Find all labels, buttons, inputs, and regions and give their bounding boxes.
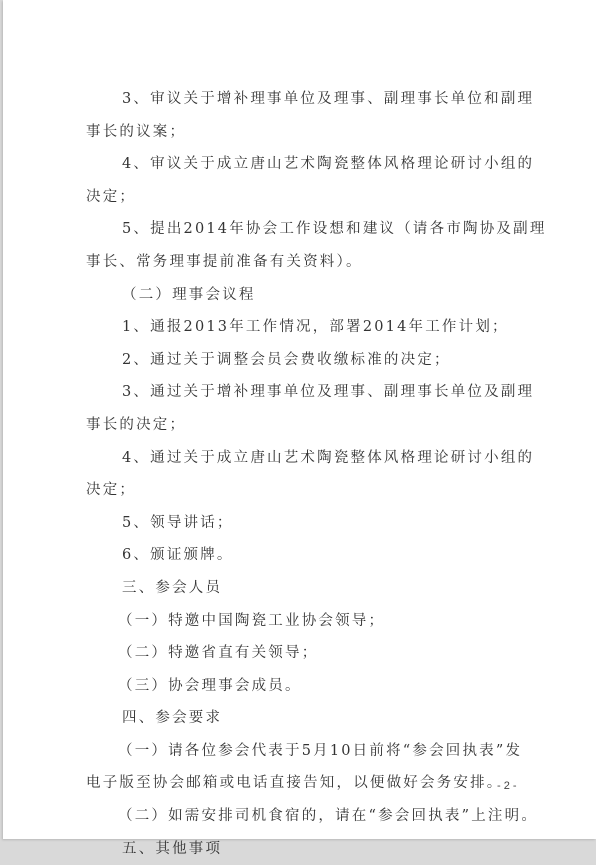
agenda-item-4-review: 4、审议关于成立唐山艺术陶瓷整体风格理论研讨小组的 — [86, 148, 518, 181]
attendees-item-1: （一）特邀中国陶瓷工业协会领导； — [86, 605, 518, 638]
document-page: 3、审议关于增补理事单位及理事、副理事长单位和副理 事长的议案； 4、审议关于成… — [3, 0, 596, 839]
section-council-agenda-heading: （二）理事会议程 — [86, 279, 518, 312]
section-other-heading: 五、其他事项 — [86, 833, 518, 843]
agenda-item-5-proposal-cont: 事长、常务理事提前准备有关资料）。 — [86, 246, 518, 279]
requirements-item-2: （二）如需安排司机食宿的，请在“参会回执表”上注明。 — [86, 800, 518, 833]
agenda-item-3-review-cont: 事长的议案； — [86, 116, 518, 149]
requirements-item-1: （一）请各位参会代表于5月10日前将“参会回执表”发 — [86, 735, 518, 768]
document-body: 3、审议关于增补理事单位及理事、副理事长单位和副理 事长的议案； 4、审议关于成… — [86, 83, 518, 843]
agenda-item-4-review-cont: 决定； — [86, 181, 518, 214]
agenda-item-3-review: 3、审议关于增补理事单位及理事、副理事长单位和副理 — [86, 83, 518, 116]
council-item-5: 5、领导讲话； — [86, 507, 518, 540]
page-number: - 2 - — [497, 780, 517, 792]
council-item-3-cont: 事长的决定； — [86, 409, 518, 442]
requirements-item-1-cont: 电子版至协会邮箱或电话直接告知，以便做好会务安排。 — [86, 767, 518, 800]
council-item-4-cont: 决定； — [86, 474, 518, 507]
section-requirements-heading: 四、参会要求 — [86, 702, 518, 735]
council-item-6: 6、颁证颁牌。 — [86, 539, 518, 572]
agenda-item-5-proposal: 5、提出2014年协会工作设想和建议（请各市陶协及副理 — [86, 213, 518, 246]
section-attendees-heading: 三、参会人员 — [86, 572, 518, 605]
attendees-item-2: （二）特邀省直有关领导； — [86, 637, 518, 670]
council-item-3: 3、通过关于增补理事单位及理事、副理事长单位及副理 — [86, 376, 518, 409]
council-item-2: 2、通过关于调整会员会费收缴标准的决定； — [86, 344, 518, 377]
attendees-item-3: （三）协会理事会成员。 — [86, 670, 518, 703]
council-item-1: 1、通报2013年工作情况，部署2014年工作计划； — [86, 311, 518, 344]
council-item-4: 4、通过关于成立唐山艺术陶瓷整体风格理论研讨小组的 — [86, 442, 518, 475]
